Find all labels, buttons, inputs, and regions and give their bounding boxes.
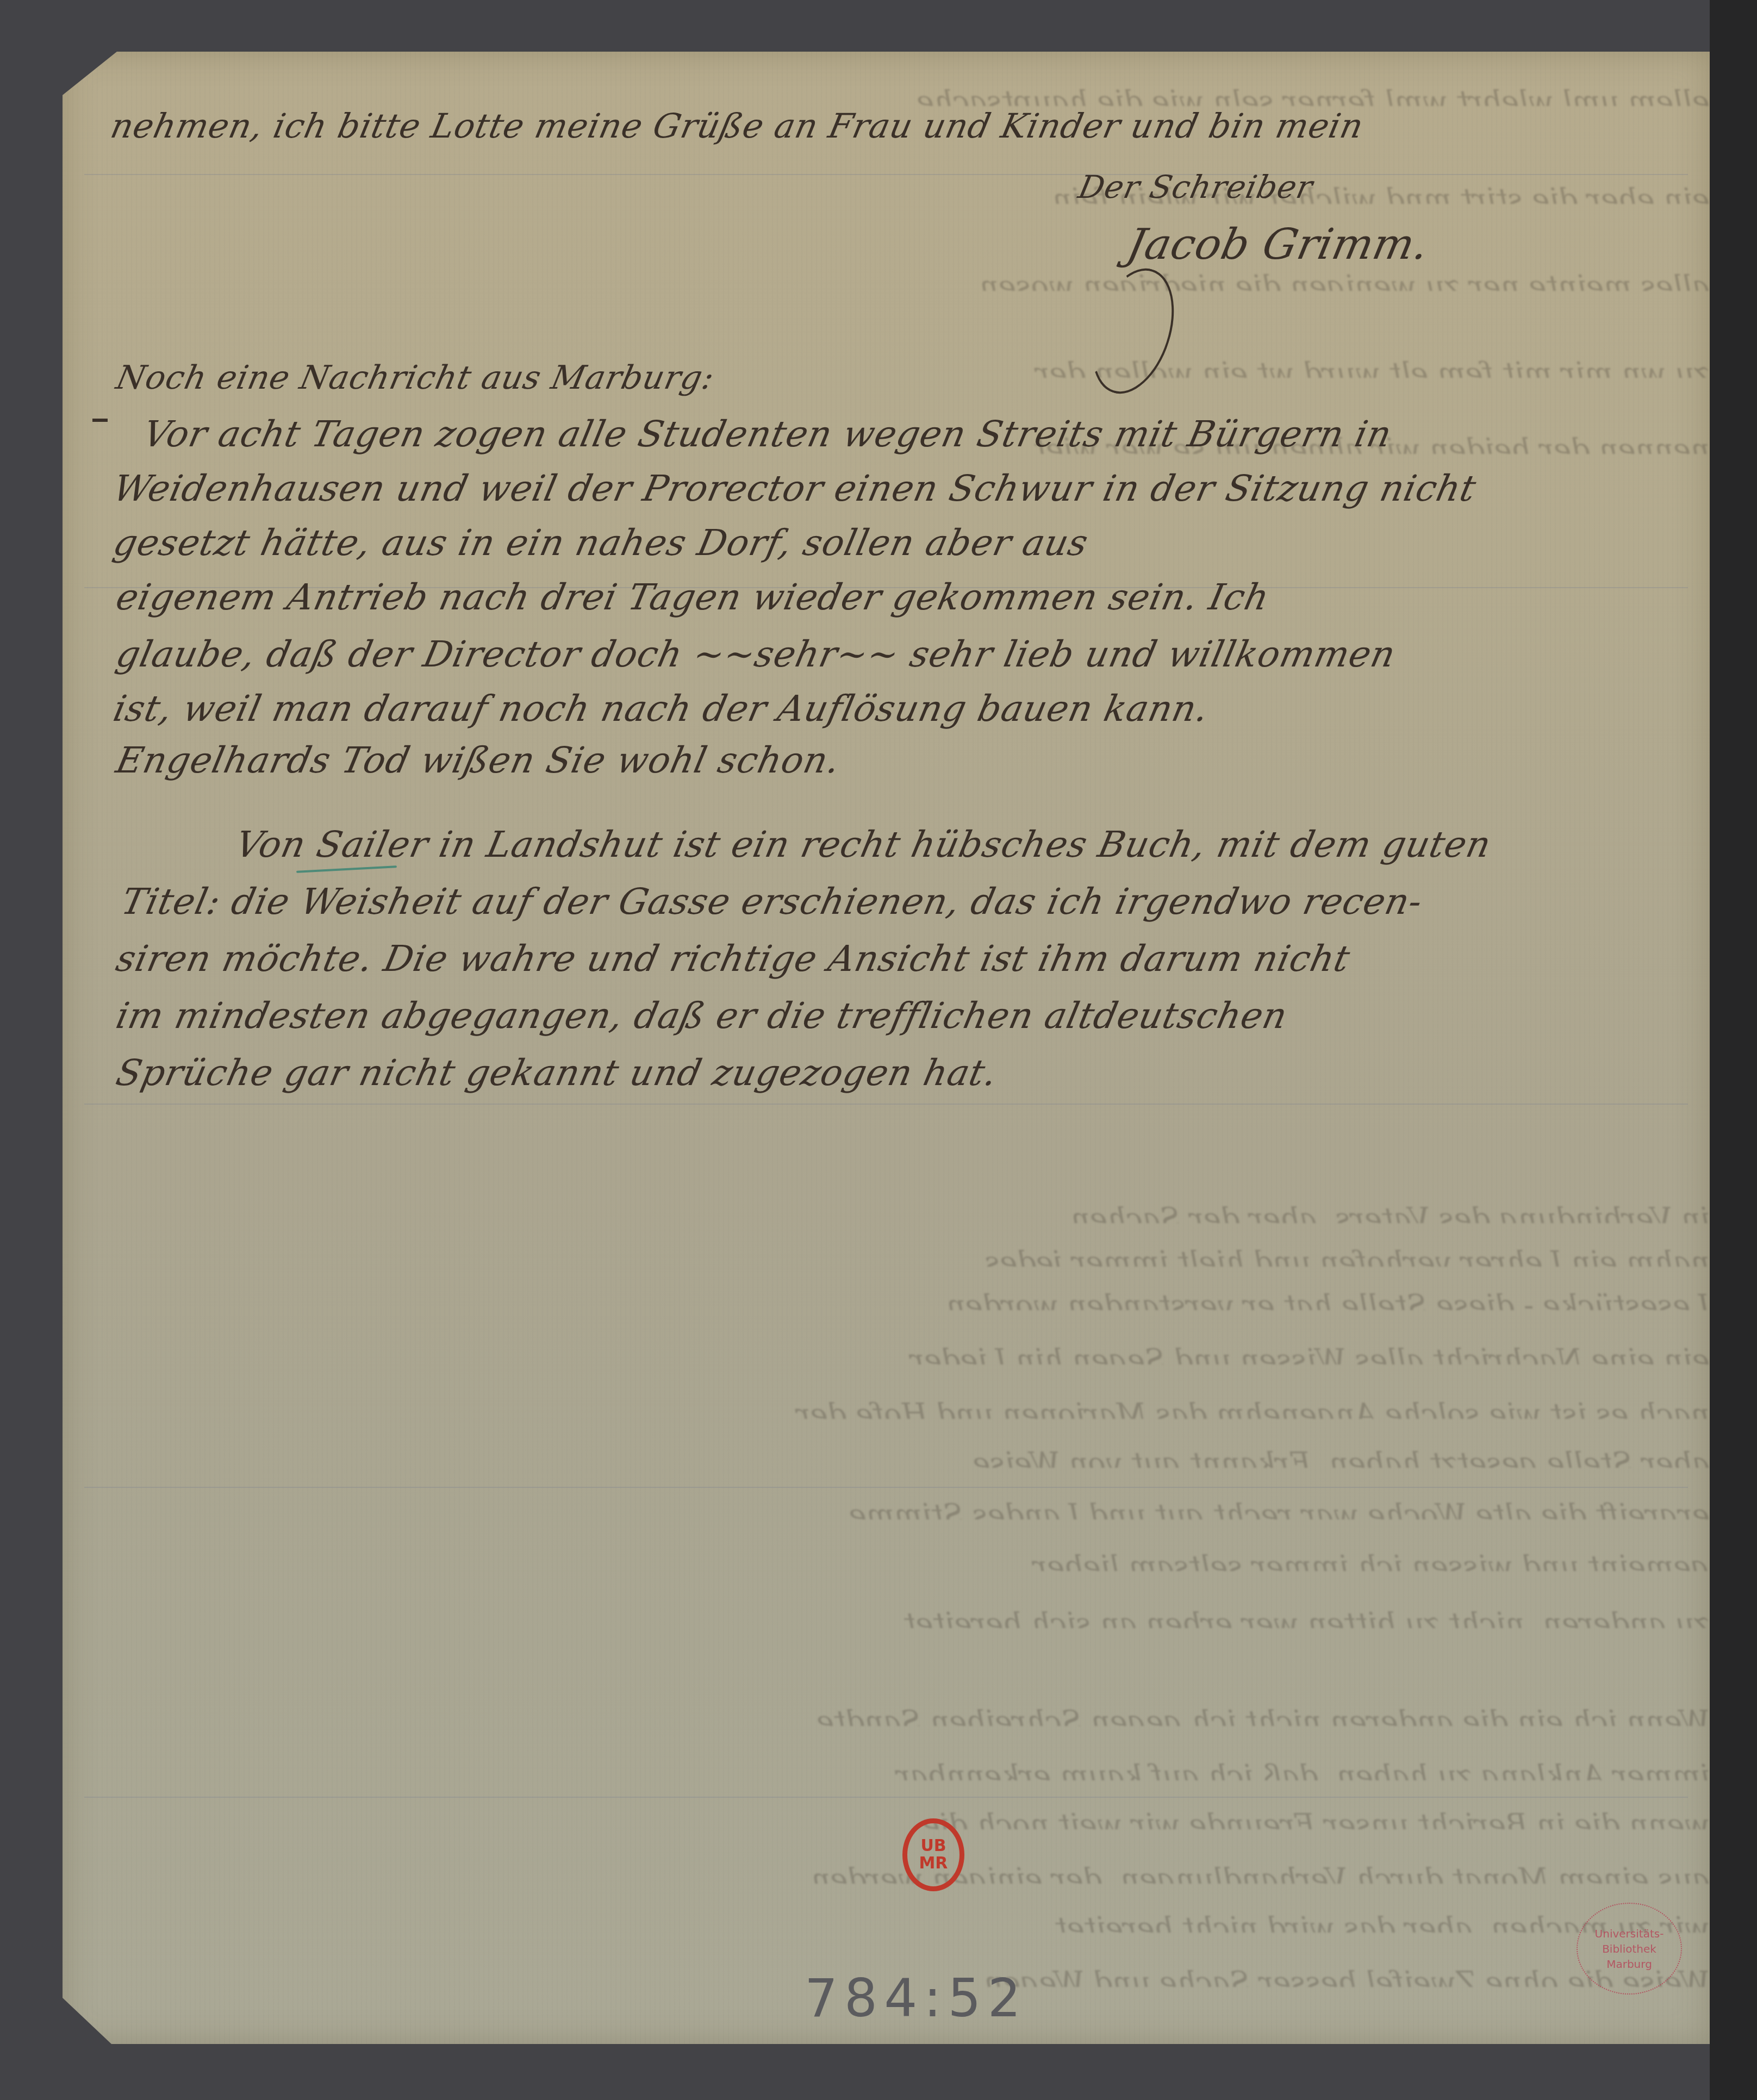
bleed-through-text: Wenn ich ein die anderen nicht ich gegen…: [63, 1704, 1710, 1726]
bleed-through-text: nahm ein Lehrer verhofen und hielt immer…: [63, 1245, 1710, 1267]
ruled-line: [84, 1797, 1688, 1798]
closing-line: nehmen, ich bitte Lotte meine Grüße an F…: [107, 106, 1367, 146]
paragraph-2-line: Sprüche gar nicht gekannt und zugezogen …: [113, 1052, 1001, 1094]
ub-library-stamp: UB MR: [902, 1818, 964, 1891]
university-library-stamp: Universitäts- Bibliothek Marburg: [1577, 1903, 1682, 1995]
paragraph-1-line: Engelhards Tod wißen Sie wohl schon.: [113, 739, 844, 781]
bleed-through-text: ellem uml wlebrt wml ferner seln wie die…: [63, 84, 1710, 106]
bleed-through-text: immer Anklang zu haben, daß ich auf kaum…: [63, 1759, 1710, 1780]
paragraph-1-line: ist, weil man darauf noch nach der Auflö…: [110, 688, 1213, 730]
paragraph-1-line: gesetzt hätte, aus in ein nahes Dorf, so…: [110, 522, 1092, 564]
green-underline-mark: [296, 865, 397, 873]
bleed-through-text: wenn die in Bericht unser Freunde wir we…: [63, 1808, 1710, 1829]
bleed-through-text: nach es ist wie solche Angenehm das Mari…: [63, 1397, 1710, 1419]
library-stamp-line: Universitäts-: [1595, 1926, 1664, 1941]
postscript-heading: Noch eine Nachricht aus Marburg:: [113, 359, 718, 397]
letter-sheet: ellem uml wlebrt wml ferner seln wie die…: [63, 52, 1710, 2044]
paragraph-1-line: Weidenhausen und weil der Prorector eine…: [110, 468, 1480, 509]
paragraph-2-line: im mindesten abgegangen, daß er die tref…: [113, 995, 1291, 1037]
paragraph-1-line: eigenem Antrieb nach drei Tagen wieder g…: [113, 576, 1273, 618]
bleed-through-text: wir zu machen, aber das wird nicht berei…: [63, 1911, 1710, 1933]
ruled-line: [84, 1104, 1688, 1105]
bleed-through-text: ein eine Nachricht alles Wissen und Sege…: [63, 1343, 1710, 1364]
margin-tick: [92, 419, 108, 422]
paragraph-1-line: glaube, daß der Director doch ~~sehr~~ s…: [113, 633, 1399, 675]
bleed-through-text: zu anderen, nicht zu bitten wer erben an…: [63, 1606, 1710, 1628]
bleed-through-text: ein eber die stirt mnd wilcher wir wlein…: [63, 182, 1710, 204]
ruled-line: [84, 174, 1688, 175]
paragraph-2-line: siren möchte. Die wahre und richtige Ans…: [113, 938, 1354, 980]
bleed-through-text: ergreift die alte Woche war recht gut un…: [63, 1498, 1710, 1519]
paragraph-2-line: Titel: die Weisheit auf der Gasse erschi…: [118, 881, 1426, 923]
paragraph-2-line: Von Sailer in Landshut ist ein recht hüb…: [232, 824, 1495, 865]
bleed-through-text: alles meinte ner zu wenigen die niedrige…: [63, 269, 1710, 291]
ub-stamp-line: MR: [919, 1855, 948, 1872]
library-stamp-line: Marburg: [1606, 1956, 1652, 1972]
ub-stamp-line: UB: [920, 1837, 946, 1855]
shelfmark: 784:52: [805, 1968, 1027, 2029]
bleed-through-text: gemeint und wissen ich immer seltsam lie…: [63, 1549, 1710, 1571]
scanner-backdrop-edge: [1710, 0, 1757, 2100]
bleed-through-text: aus einem Monat durch Verhandlungen, der…: [63, 1862, 1710, 1884]
bleed-through-text: in Verbindung des Vaters, aber der Sache…: [63, 1201, 1710, 1223]
bleed-through-text: Lesestücke - diese Stelle hat er verstan…: [63, 1288, 1710, 1310]
closing-der-schreiber: Der Schreiber: [1075, 169, 1317, 205]
paragraph-1-line: Vor acht Tagen zogen alle Studenten wege…: [140, 413, 1396, 455]
library-stamp-line: Bibliothek: [1602, 1941, 1656, 1956]
signature: Jacob Grimm.: [1123, 220, 1434, 269]
bleed-through-text: aber Stelle gesetzt haben, Erkannt gut v…: [63, 1446, 1710, 1468]
ruled-line: [84, 1487, 1688, 1488]
